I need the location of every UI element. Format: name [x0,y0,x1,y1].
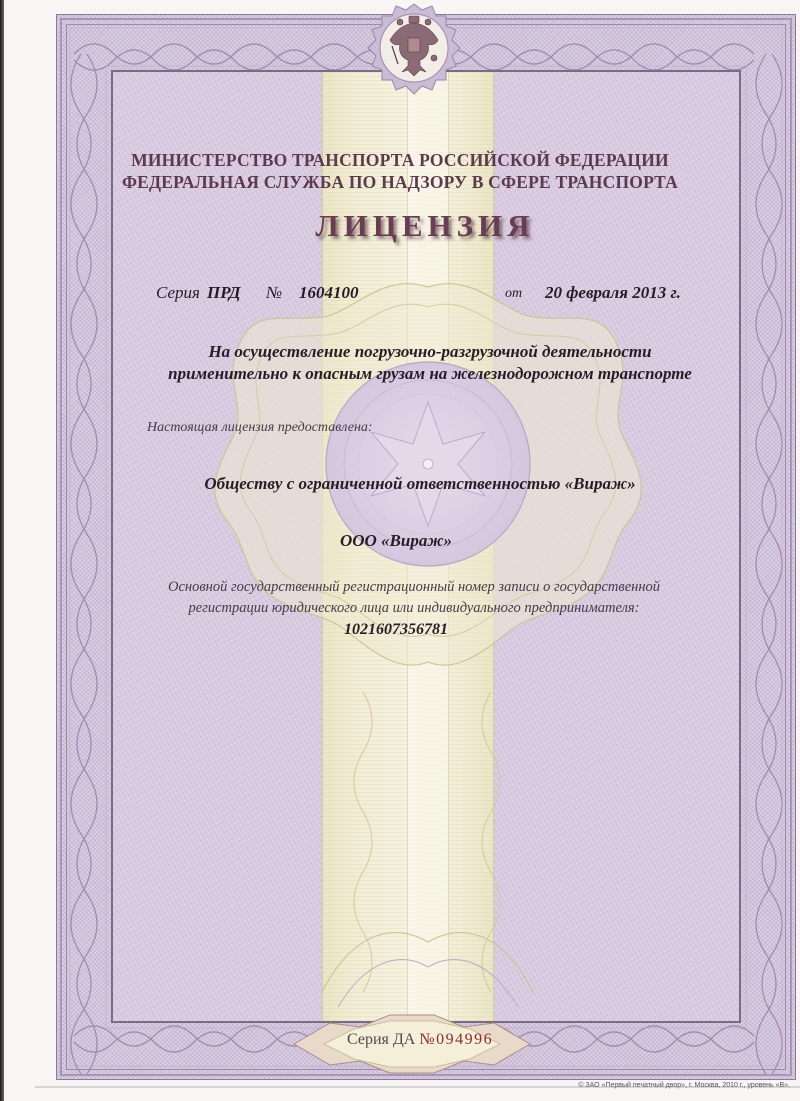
ministry-line-1: МИНИСТЕРСТВО ТРАНСПОРТА РОССИЙСКОЙ ФЕДЕР… [0,150,800,171]
ogrn-label-line-1: Основной государственный регистрационный… [14,577,800,597]
activity-line-2: применительно к опасным грузам на железн… [30,363,800,385]
organization-full-name: Обществу с ограниченной ответственностью… [20,474,800,494]
printer-copyright: © ЗАО «Первый печатный двор», г. Москва,… [578,1082,790,1089]
number-label: № [266,283,282,309]
series-value: ПРД [207,283,241,309]
blank-form-series: Серия ДА №094996 [347,1031,493,1049]
blank-form-number: №094996 [419,1031,493,1048]
ministry-line-2: ФЕДЕРАЛЬНАЯ СЛУЖБА ПО НАДЗОРУ В СФЕРЕ ТР… [0,172,800,193]
document-title: ЛИЦЕНЗИЯ [25,208,800,244]
series-label: Серия [156,283,200,309]
granted-to-label: Настоящая лицензия предоставлена: [147,420,373,436]
ogrn-number: 1021607356781 [0,621,796,639]
russian-coat-of-arms-icon [362,0,466,104]
license-number: 1604100 [299,283,359,309]
date-label: от [505,286,522,312]
activity-line-1: На осуществление погрузочно-разгрузочной… [30,341,800,363]
issue-date: 20 февраля 2013 г. [545,283,681,309]
blank-form-series-label: Серия ДА [347,1031,415,1048]
organization-short-name: ООО «Вираж» [0,531,796,551]
ogrn-label-line-2: регистрации юридического лица или индиви… [14,598,800,618]
